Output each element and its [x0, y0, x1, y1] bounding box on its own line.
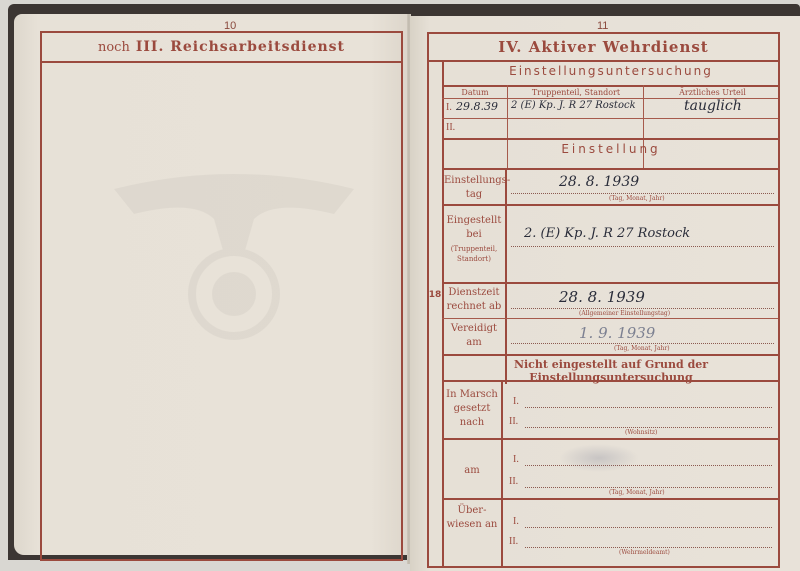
marched-to-line-1: I. — [513, 396, 519, 407]
on-date-line-2: II. — [509, 476, 518, 487]
divider — [442, 380, 778, 382]
transferred-to-line-2: II. — [509, 536, 518, 547]
divider — [442, 318, 778, 319]
label-on-date: am — [444, 464, 500, 478]
label-sworn-in: Vereidigt am — [444, 322, 504, 350]
on-date-line-1: I. — [513, 454, 519, 465]
label-transferred-to: Über-wiesen an — [444, 504, 500, 532]
examination-title: Einstellungsuntersuchung — [444, 64, 778, 78]
left-page: 10 noch III. Reichsarbeitsdienst — [14, 14, 410, 555]
right-page-header: IV. Aktiver Wehrdienst — [429, 34, 778, 62]
row-1-roman: I. — [446, 102, 452, 113]
transferred-to-line-1: I. — [513, 516, 519, 527]
value-sworn-in: 1. 9. 1939 — [579, 324, 655, 342]
divider — [442, 118, 778, 119]
label-marched-to: In Marsch gesetzt nach — [444, 388, 500, 430]
divider — [501, 380, 503, 566]
left-page-header: noch III. Reichsarbeitsdienst — [42, 33, 401, 63]
dotted-line — [511, 193, 774, 194]
divider — [442, 438, 778, 440]
dotted-line — [525, 487, 772, 488]
row-2-roman: II. — [446, 122, 455, 133]
exam-unit-1: 2 (E) Kp. J. R 27 Rostock — [511, 100, 636, 111]
divider — [643, 85, 644, 169]
label-enlisted-at: Eingestellt bei — [444, 214, 504, 242]
label-service-start: Dienstzeit rechnet ab — [444, 286, 504, 314]
divider — [442, 498, 778, 500]
side-number: 18 — [428, 290, 442, 300]
value-service-start: 28. 8. 1939 — [559, 288, 645, 306]
hint-service-start: (Allgemeiner Einstellungstag) — [579, 310, 670, 317]
eagle-watermark-icon — [104, 159, 364, 359]
exam-date-1: 29.8.39 — [456, 100, 498, 113]
hint-on-date: (Tag, Monat, Jahr) — [609, 489, 665, 496]
value-enlisted-at: 2. (E) Kp. J. R 27 Rostock — [524, 226, 690, 241]
right-page-title: IV. Aktiver Wehrdienst — [498, 38, 709, 56]
hint-enlistment-day: (Tag, Monat, Jahr) — [609, 195, 665, 202]
dotted-line — [511, 246, 774, 247]
dotted-line — [525, 527, 772, 528]
hint-transferred-to: (Wehrmeldeamt) — [619, 549, 670, 556]
divider — [442, 354, 778, 356]
sublabel-enlisted-at: (Truppenteil, Standort) — [444, 244, 504, 264]
divider — [442, 282, 778, 284]
marched-to-line-2: II. — [509, 416, 518, 427]
hint-sworn-in: (Tag, Monat, Jahr) — [614, 345, 670, 352]
hint-marched-to: (Wohnsitz) — [625, 429, 657, 436]
dotted-line — [525, 547, 772, 548]
header-prefix: noch — [98, 40, 130, 55]
page-number-right: 11 — [597, 20, 608, 32]
right-page: 11 IV. Aktiver Wehrdienst 18 Einstellung… — [410, 16, 800, 571]
right-page-frame: IV. Aktiver Wehrdienst 18 Einstellungsun… — [427, 32, 780, 568]
left-page-title: III. Reichsarbeitsdienst — [136, 39, 345, 55]
label-enlistment-day: Einstellungs-tag — [444, 174, 504, 202]
divider — [505, 168, 507, 384]
faded-stamp — [559, 444, 639, 472]
enlistment-title: Einstellung — [444, 142, 778, 156]
dotted-line — [525, 427, 772, 428]
value-enlistment-day: 28. 8. 1939 — [559, 174, 639, 190]
divider — [442, 168, 778, 170]
exam-verdict-1: tauglich — [684, 98, 742, 114]
dotted-line — [525, 407, 772, 408]
divider — [442, 204, 778, 206]
divider — [442, 138, 778, 140]
dotted-line — [511, 343, 774, 344]
dotted-line — [511, 308, 774, 309]
divider — [507, 85, 508, 169]
